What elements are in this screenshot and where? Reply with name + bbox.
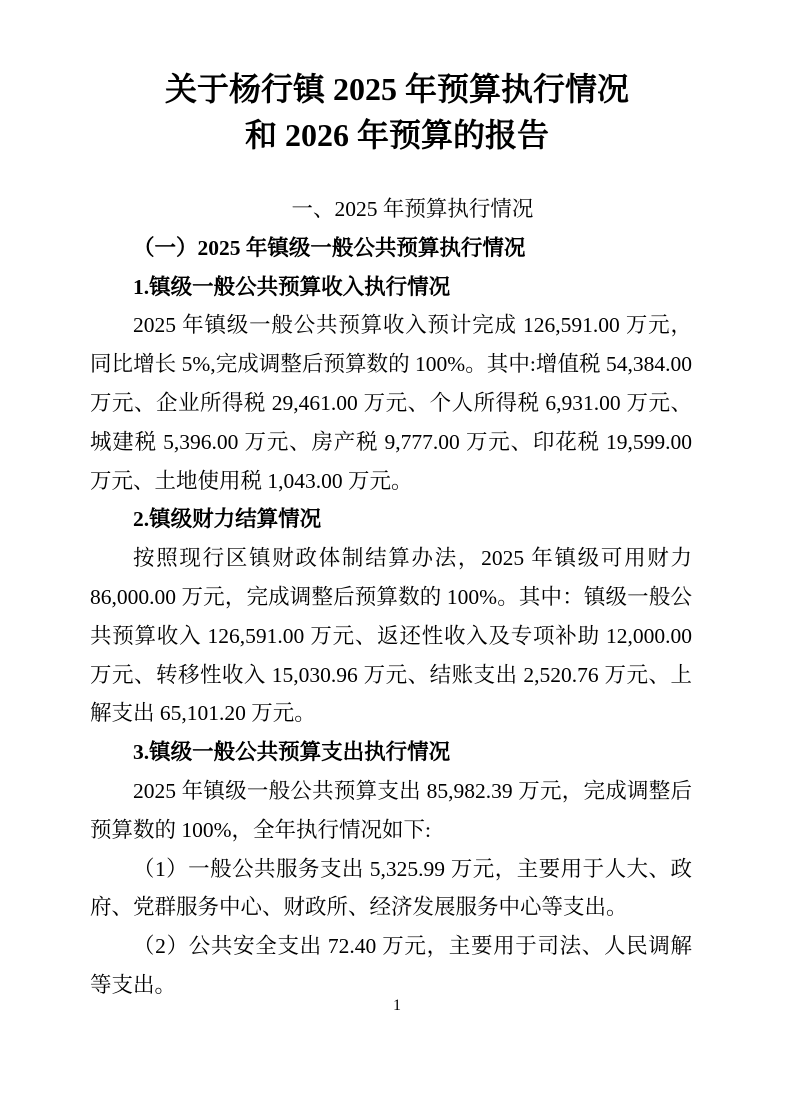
paragraph-fiscal-settlement: 按照现行区镇财政体制结算办法，2025 年镇级可用财力 86,000.00 万元… [90, 539, 692, 733]
document-body: 一、2025 年预算执行情况 （一）2025 年镇级一般公共预算执行情况 1.镇… [90, 190, 692, 1005]
document-title: 关于杨行镇 2025 年预算执行情况 和 2026 年预算的报告 [0, 66, 794, 158]
paragraph-expenditure-item-1: （1）一般公共服务支出 5,325.99 万元，主要用于人大、政府、党群服务中心… [90, 850, 692, 928]
clause-heading-revenue: 1.镇级一般公共预算收入执行情况 [90, 268, 692, 307]
clause-heading-expenditure: 3.镇级一般公共预算支出执行情况 [90, 733, 692, 772]
paragraph-expenditure-item-2: （2）公共安全支出 72.40 万元，主要用于司法、人民调解等支出。 [90, 927, 692, 1005]
page-number: 1 [0, 996, 794, 1016]
paragraph-expenditure-execution: 2025 年镇级一般公共预算支出 85,982.39 万元，完成调整后预算数的 … [90, 772, 692, 850]
document-title-line-2: 和 2026 年预算的报告 [0, 112, 794, 158]
clause-heading-settlement: 2.镇级财力结算情况 [90, 500, 692, 539]
section-heading-1: 一、2025 年预算执行情况 [90, 190, 692, 229]
document-page: 关于杨行镇 2025 年预算执行情况 和 2026 年预算的报告 一、2025 … [0, 0, 794, 1093]
subsection-heading-1: （一）2025 年镇级一般公共预算执行情况 [90, 229, 692, 268]
document-title-line-1: 关于杨行镇 2025 年预算执行情况 [0, 66, 794, 112]
paragraph-revenue-execution: 2025 年镇级一般公共预算收入预计完成 126,591.00 万元，同比增长 … [90, 306, 692, 500]
